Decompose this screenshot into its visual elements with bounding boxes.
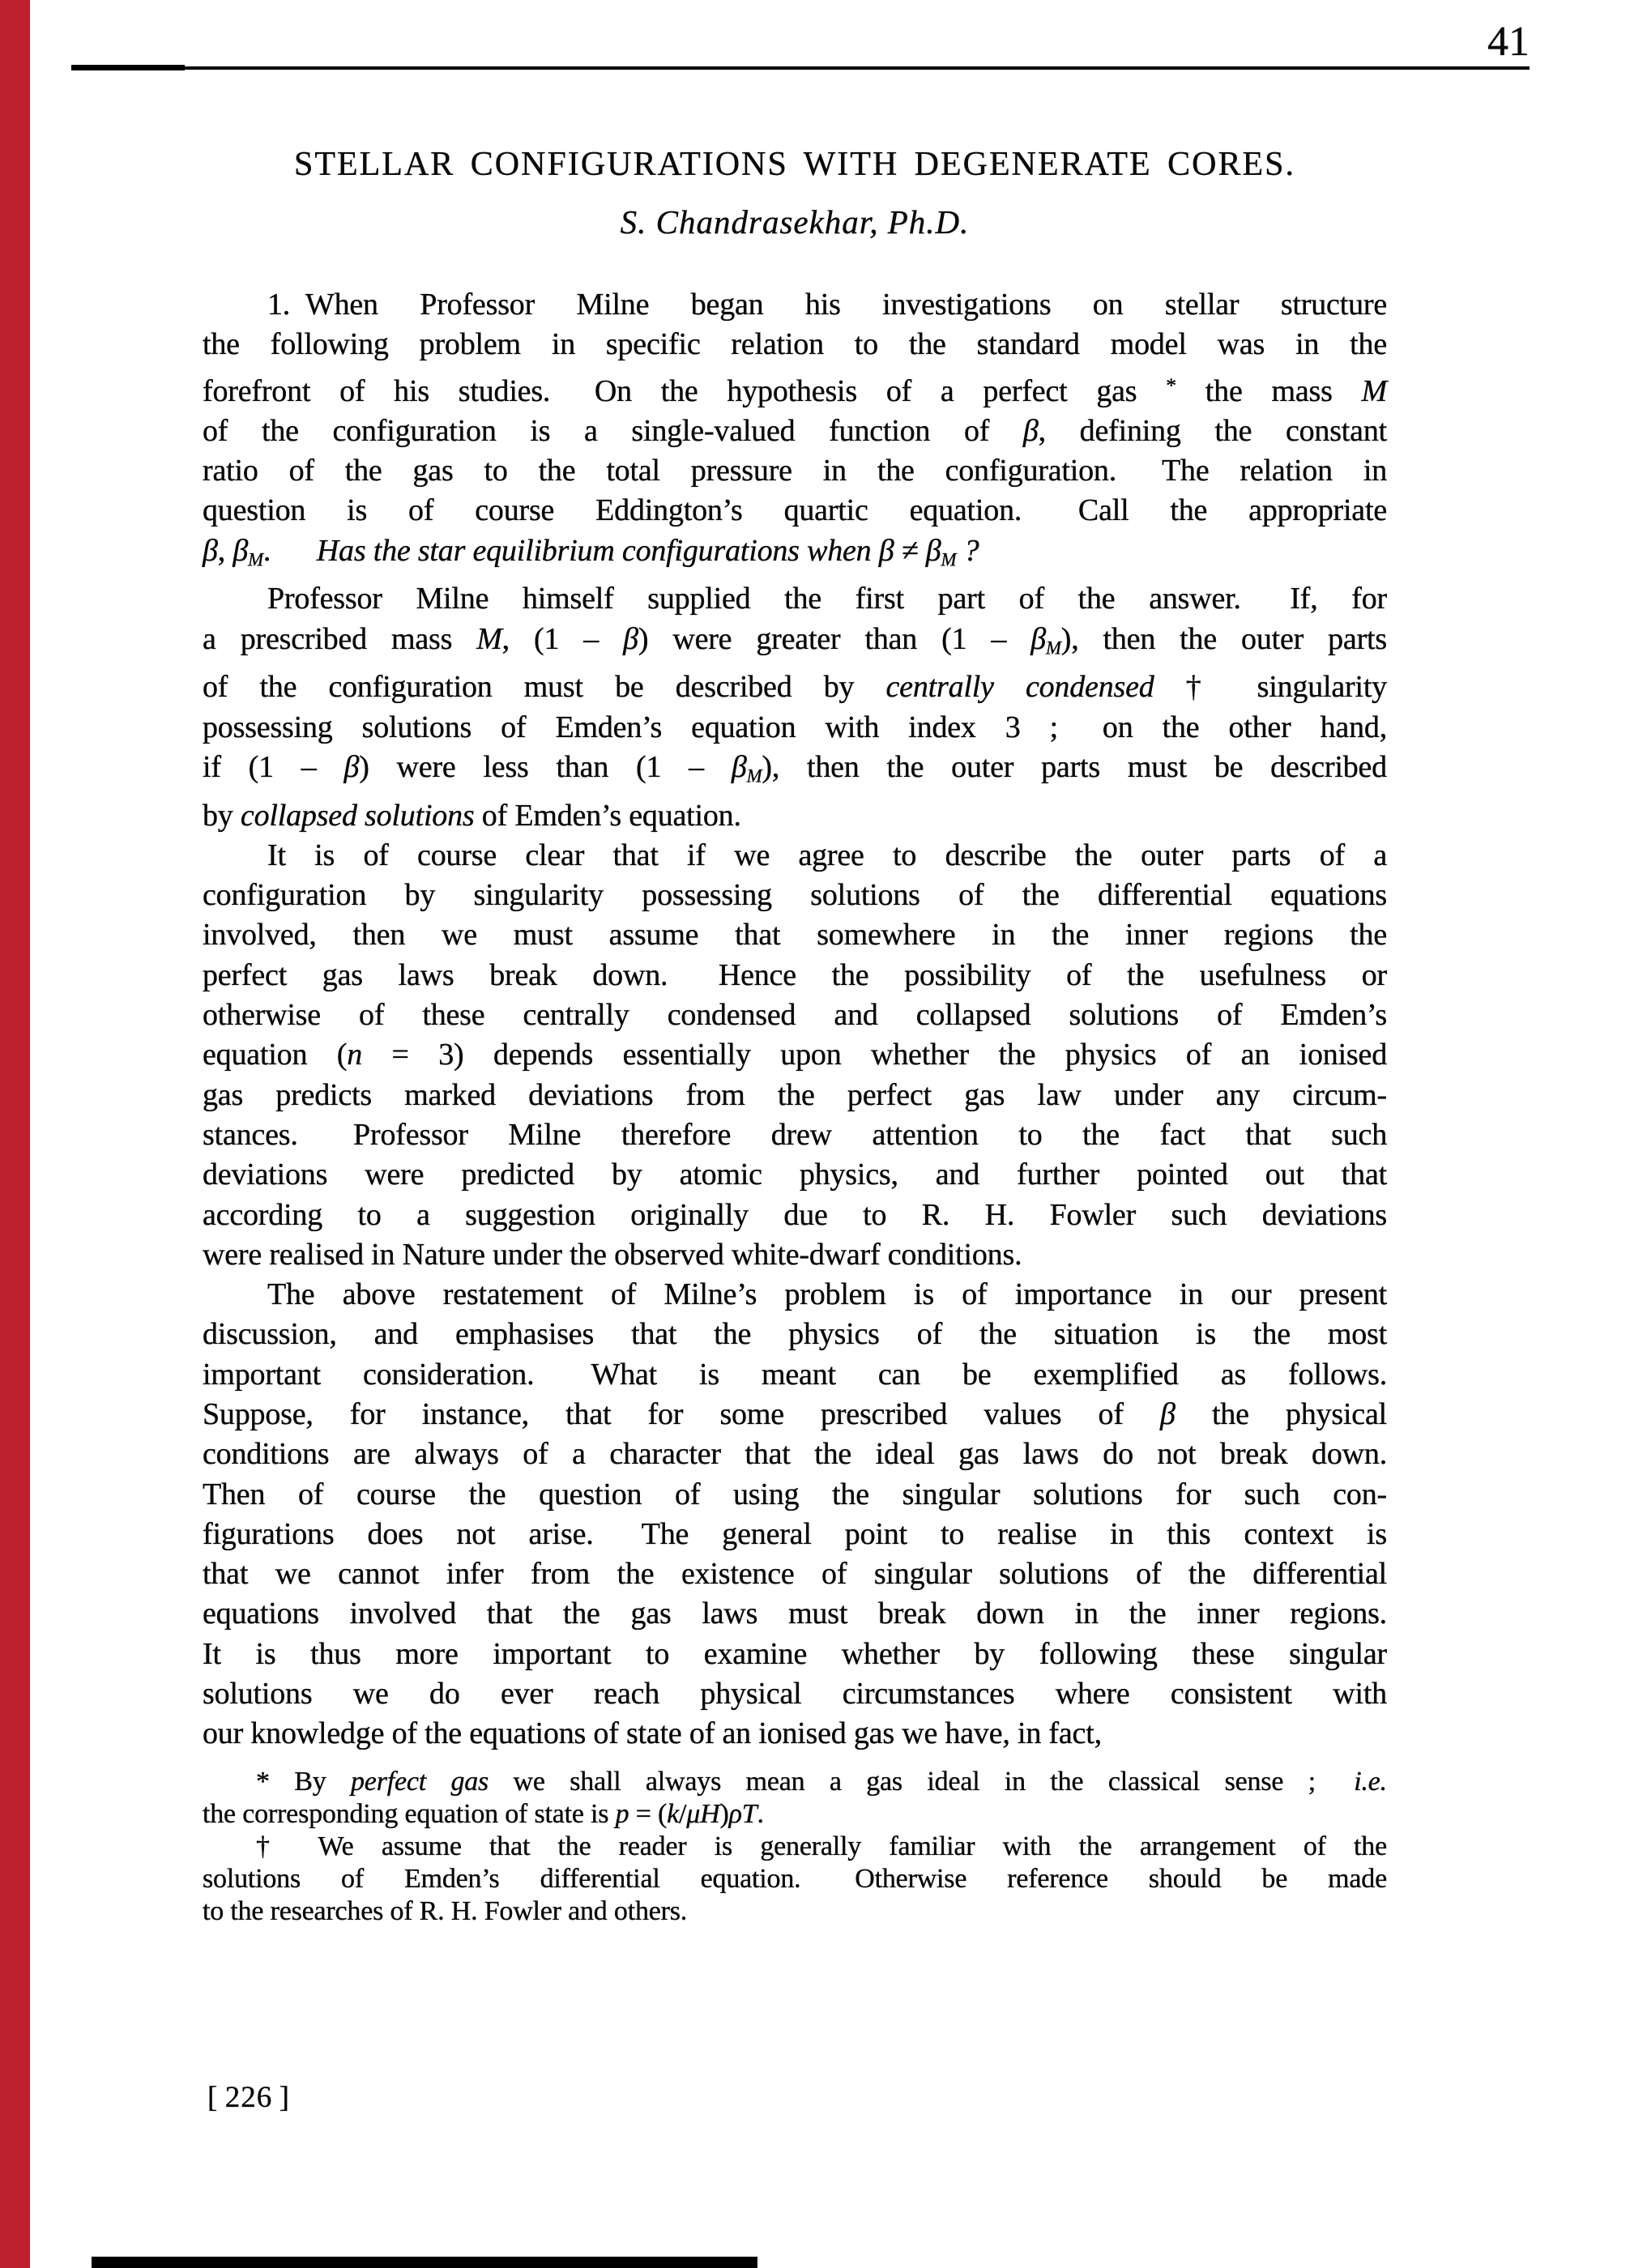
text-run: perfect gas laws break down. Hence the p…	[203, 958, 1387, 992]
paragraph: † We assume that the reader is generally…	[203, 1831, 1387, 1928]
bottom-black-scan-bar	[92, 2257, 757, 2268]
text-run: otherwise of these centrally condensed a…	[203, 998, 1387, 1032]
text-run: i.e.	[1354, 1767, 1387, 1797]
text-line: equation (n = 3) depends essentially upo…	[203, 1035, 1387, 1075]
text-run: , (1 –	[502, 622, 623, 656]
text-run: configuration by singularity possessing …	[203, 878, 1387, 912]
page-number: 41	[1487, 21, 1530, 63]
text-line: stances. Professor Milne therefore drew …	[203, 1115, 1387, 1155]
text-run: Suppose, for instance, that for some pre…	[203, 1397, 1160, 1431]
text-run: = 3) depends essentially upon whether th…	[362, 1038, 1387, 1072]
text-line: 1. When Professor Milne began his invest…	[203, 285, 1387, 325]
text-run: collapsed solutions	[241, 799, 475, 833]
text-line: of the configuration is a single-valued …	[203, 411, 1387, 451]
text-line: figurations does not arise. The general …	[203, 1515, 1387, 1554]
text-line: possessing solutions of Emden’s equation…	[203, 708, 1387, 748]
text-line: It is thus more important to examine whe…	[203, 1635, 1387, 1674]
article-title: STELLAR CONFIGURATIONS WITH DEGENERATE C…	[203, 146, 1387, 183]
text-run: β	[623, 622, 638, 656]
text-line: It is of course clear that if we agree t…	[203, 836, 1387, 876]
text-line: important consideration. What is meant c…	[203, 1355, 1387, 1395]
text-run: /	[679, 1799, 686, 1829]
text-line: our knowledge of the equations of state …	[203, 1714, 1387, 1754]
text-run: .	[757, 1799, 764, 1829]
text-run: that we cannot infer from the existence …	[203, 1557, 1387, 1591]
text-line: were realised in Nature under the observ…	[203, 1235, 1387, 1275]
text-run: 1. When Professor Milne began his invest…	[267, 288, 1387, 322]
text-run: β	[233, 534, 248, 568]
text-line: Professor Milne himself supplied the fir…	[203, 579, 1387, 619]
paragraph: * By perfect gas we shall always mean a …	[203, 1766, 1387, 1831]
text-run: Then of course the question of using the…	[203, 1477, 1387, 1511]
text-run: we shall always mean a gas ideal in the …	[489, 1767, 1354, 1797]
article-author: S. Chandrasekhar, Ph.D.	[203, 204, 1387, 241]
text-line: the following problem in specific relati…	[203, 325, 1387, 364]
text-line: † We assume that the reader is generally…	[203, 1831, 1387, 1863]
text-line: deviations were predicted by atomic phys…	[203, 1155, 1387, 1195]
text-run: ) were less than (1 –	[359, 750, 732, 784]
text-run: were realised in Nature under the observ…	[203, 1238, 1022, 1272]
text-line: discussion, and emphasises that the phys…	[203, 1315, 1387, 1354]
text-run: figurations does not arise. The general …	[203, 1517, 1387, 1551]
text-run: The above restatement of Milne’s problem…	[267, 1277, 1387, 1311]
text-line: perfect gas laws break down. Hence the p…	[203, 956, 1387, 995]
text-line: β, βM. Has the star equilibrium configur…	[203, 531, 1387, 580]
text-line: question is of course Eddington’s quarti…	[203, 491, 1387, 531]
text-line: if (1 – β) were less than (1 – βM), then…	[203, 748, 1387, 796]
left-red-scan-stripe	[0, 0, 30, 2268]
text-run: ) were greater than (1 –	[638, 622, 1030, 656]
article-body: 1. When Professor Milne began his invest…	[203, 285, 1387, 1754]
text-run: β	[1160, 1397, 1176, 1431]
text-run: the physical	[1176, 1397, 1387, 1431]
paragraph: Professor Milne himself supplied the fir…	[203, 579, 1387, 836]
text-run: perfect gas	[351, 1767, 489, 1797]
text-run: involved, then we must assume that somew…	[203, 918, 1387, 952]
text-run: question is of course Eddington’s quarti…	[203, 493, 1387, 527]
text-line: solutions of Emden’s differential equati…	[203, 1863, 1387, 1895]
text-line: involved, then we must assume that somew…	[203, 915, 1387, 955]
text-line: equations involved that the gas laws mus…	[203, 1594, 1387, 1634]
text-run: to the researches of R. H. Fowler and ot…	[203, 1896, 687, 1926]
text-run: It is thus more important to examine whe…	[203, 1637, 1387, 1671]
text-run: β	[1030, 622, 1046, 656]
text-run: p	[616, 1799, 629, 1829]
text-run: deviations were predicted by atomic phys…	[203, 1157, 1387, 1192]
text-run: our knowledge of the equations of state …	[203, 1716, 1102, 1750]
text-run: equation (	[203, 1038, 347, 1072]
text-run: M	[1046, 637, 1061, 658]
text-run: the corresponding equation of state is	[203, 1799, 616, 1829]
text-run: † We assume that the reader is generally…	[256, 1831, 1387, 1861]
text-run: ,	[218, 534, 233, 568]
text-run: of the configuration must be described b…	[203, 670, 886, 704]
text-run: ), then the outer parts	[1061, 622, 1387, 656]
paragraph: 1. When Professor Milne began his invest…	[203, 285, 1387, 579]
text-run: M	[476, 622, 501, 656]
text-line: otherwise of these centrally condensed a…	[203, 995, 1387, 1035]
text-run: equations involved that the gas laws mus…	[203, 1597, 1387, 1631]
text-run: β	[732, 750, 747, 784]
text-run: μH	[686, 1799, 719, 1829]
text-run: ?	[956, 534, 979, 568]
text-run: of Emden’s equation.	[475, 799, 741, 833]
text-run: possessing solutions of Emden’s equation…	[203, 710, 1387, 744]
text-line: according to a suggestion originally due…	[203, 1196, 1387, 1235]
text-run: M	[1362, 373, 1387, 407]
header-rule-left-segment	[71, 65, 185, 70]
text-run: important consideration. What is meant c…	[203, 1358, 1387, 1392]
text-run: of the configuration is a single-valued …	[203, 414, 1023, 448]
text-line: by collapsed solutions of Emden’s equati…	[203, 796, 1387, 836]
text-run: the following problem in specific relati…	[203, 327, 1387, 361]
text-run: ), then the outer parts must be describe…	[762, 750, 1387, 784]
text-run: if (1 –	[203, 750, 343, 784]
text-line: solutions we do ever reach physical circ…	[203, 1674, 1387, 1714]
text-run: n	[347, 1038, 362, 1072]
text-run: by	[203, 799, 241, 833]
header-rule	[71, 66, 1530, 70]
text-run: β	[203, 534, 218, 568]
folio-number: [ 226 ]	[207, 2080, 290, 2115]
text-run: according to a suggestion originally due…	[203, 1198, 1387, 1232]
text-run: ρT	[729, 1799, 757, 1829]
text-run: conditions are always of a character tha…	[203, 1437, 1387, 1471]
text-line: conditions are always of a character tha…	[203, 1435, 1387, 1474]
text-run: M	[941, 549, 957, 569]
document-page: 41 STELLAR CONFIGURATIONS WITH DEGENERAT…	[0, 0, 1647, 2268]
text-line: to the researches of R. H. Fowler and ot…	[203, 1895, 1387, 1928]
paragraph: It is of course clear that if we agree t…	[203, 836, 1387, 1275]
text-run: solutions of Emden’s differential equati…	[203, 1864, 1387, 1894]
text-line: ratio of the gas to the total pressure i…	[203, 451, 1387, 491]
text-line: forefront of his studies. On the hypothe…	[203, 365, 1387, 411]
text-line: of the configuration must be described b…	[203, 667, 1387, 707]
text-run: M	[747, 765, 762, 786]
text-run: gas predicts marked deviations from the …	[203, 1078, 1387, 1112]
text-line: the corresponding equation of state is p…	[203, 1798, 1387, 1831]
text-run: .	[263, 534, 317, 568]
text-run: a prescribed mass	[203, 622, 476, 656]
text-run: discussion, and emphasises that the phys…	[203, 1317, 1387, 1351]
text-run: stances. Professor Milne therefore drew …	[203, 1118, 1387, 1152]
text-run: † singularity	[1154, 670, 1387, 704]
text-run: M	[248, 549, 263, 569]
text-run: = (	[629, 1799, 667, 1829]
text-run: centrally condensed	[886, 670, 1154, 704]
text-line: that we cannot infer from the existence …	[203, 1554, 1387, 1594]
text-line: * By perfect gas we shall always mean a …	[203, 1766, 1387, 1798]
text-line: Suppose, for instance, that for some pre…	[203, 1395, 1387, 1435]
text-run: )	[720, 1799, 729, 1829]
text-run: Has the star equilibrium configurations …	[317, 534, 941, 568]
paragraph: The above restatement of Milne’s problem…	[203, 1275, 1387, 1754]
text-run: solutions we do ever reach physical circ…	[203, 1677, 1387, 1711]
text-run: * By	[256, 1767, 351, 1797]
text-run: forefront of his studies. On the hypothe…	[203, 373, 1166, 407]
text-run: Professor Milne himself supplied the fir…	[267, 582, 1387, 616]
text-line: The above restatement of Milne’s problem…	[203, 1275, 1387, 1315]
text-line: gas predicts marked deviations from the …	[203, 1076, 1387, 1115]
text-run: the mass	[1176, 373, 1362, 407]
article-footnotes: * By perfect gas we shall always mean a …	[203, 1766, 1387, 1928]
text-run: *	[1166, 373, 1176, 397]
text-line: Then of course the question of using the…	[203, 1475, 1387, 1515]
text-run: k	[667, 1799, 679, 1829]
text-line: configuration by singularity possessing …	[203, 876, 1387, 915]
text-run: It is of course clear that if we agree t…	[267, 838, 1387, 872]
text-run: ratio of the gas to the total pressure i…	[203, 454, 1387, 488]
text-line: a prescribed mass M, (1 – β) were greate…	[203, 620, 1387, 668]
text-run: , defining the constant	[1039, 414, 1387, 448]
text-run: β	[1023, 414, 1039, 448]
text-run: β	[343, 750, 359, 784]
